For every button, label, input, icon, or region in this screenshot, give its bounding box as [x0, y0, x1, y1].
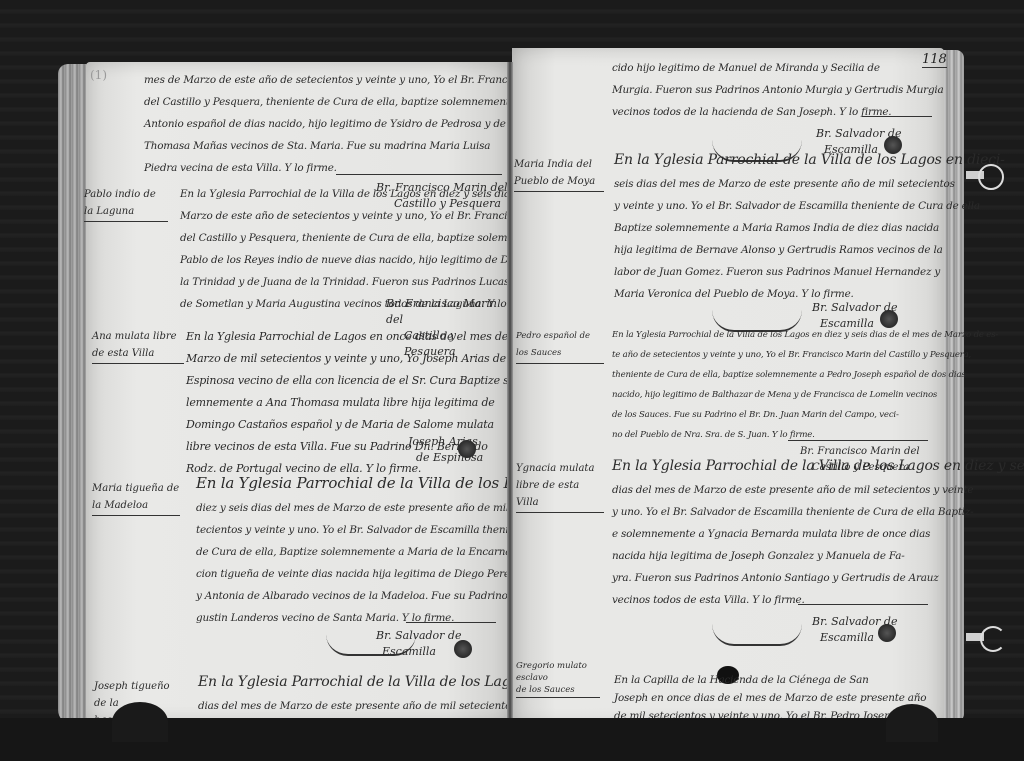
margin-note-maria-india: Maria India del Pueblo de Moya	[514, 156, 604, 192]
text-line: Espinosa vecino de ella con licencia de …	[186, 374, 519, 387]
signature: Br. Francisco Marin del Castillo y Pesqu…	[386, 296, 510, 360]
text-line: de Cura de ella, Baptize solemnemente a …	[196, 546, 515, 558]
text-line: yra. Fueron sus Padrinos Antonio Santiag…	[612, 572, 939, 584]
margin-line: Ygnacia mulata	[516, 460, 604, 477]
text-line: y Antonia de Albarado vecinos de la Made…	[196, 590, 528, 602]
rubric-seal-icon	[880, 310, 898, 328]
text-line: dias del mes de Marzo de este presente a…	[198, 700, 543, 712]
text-line: lemnemente a Ana Thomasa mulata libre hi…	[186, 396, 495, 409]
text-line: vecinos todos de la hacienda de San Jose…	[612, 106, 891, 118]
text-line: vecinos todos de esta Villa. Y lo firme.	[612, 594, 805, 606]
text-line: Murgia. Fueron sus Padrinos Antonio Murg…	[612, 84, 944, 96]
text-line: Thomasa Mañas vecinos de Sta. Maria. Fue…	[144, 140, 490, 152]
right-page: 118 cido hijo legitimo de Manuel de Mira…	[512, 48, 944, 726]
signature-line: Br. Francisco Marin del	[386, 296, 510, 328]
signature-line: Escamilla	[376, 644, 461, 660]
text-line: Piedra vecina de esta Villa. Y lo firme.	[144, 162, 337, 174]
thumb-shadow	[112, 702, 168, 742]
text-line: En la Capilla de la Hacienda de la Ciéne…	[614, 674, 869, 686]
margin-line: Pablo indio de la Laguna	[84, 186, 168, 220]
text-line: del Castillo y Pesquera, theniente de Cu…	[180, 232, 561, 244]
text-line: Domingo Castaños español y de Maria de S…	[186, 418, 494, 431]
text-line: En la Yglesia Parrochial de la Villa de …	[614, 152, 1005, 168]
open-register-book: (1) mes de Marzo de este año de setecien…	[0, 0, 1024, 761]
book-gutter	[507, 62, 513, 726]
thumb-shadow	[886, 704, 938, 742]
text-line: y uno. Yo el Br. Salvador de Escamilla t…	[612, 506, 974, 518]
folio-number: 118	[922, 52, 947, 68]
right-page-edges	[942, 50, 964, 722]
margin-line: Maria India del	[514, 156, 604, 173]
text-line: de los Sauces. Fue su Padrino el Br. Dn.…	[612, 410, 899, 420]
text-line: diez y seis dias del mes de Marzo de est…	[196, 502, 526, 514]
text-line: Marzo de este año de setecientos y veint…	[180, 210, 558, 222]
text-line: cion tigueña de veinte dias nacida hija …	[196, 568, 515, 580]
text-line: la Trinidad y de Juana de la Trinidad. F…	[180, 276, 509, 288]
text-line: En la Yglesia Parrochial de la Villa de …	[612, 330, 998, 340]
text-line: seis dias del mes de Marzo de este prese…	[614, 178, 955, 190]
text-line: Baptize solemnemente a Maria Ramos India…	[614, 222, 939, 234]
text-line: mes de Marzo de este año de setecientos …	[144, 74, 561, 86]
left-folio-number: (1)	[90, 68, 107, 82]
text-line: e solemnemente a Ygnacia Bernarda mulata…	[612, 528, 930, 540]
text-line: hija legitima de Bernave Alonso y Gertru…	[614, 244, 943, 256]
closing-rule	[406, 622, 496, 623]
text-line: En la Yglesia Parrochial de la Villa de …	[612, 458, 1024, 474]
left-page: (1) mes de Marzo de este año de setecien…	[86, 62, 510, 722]
margin-note-pedro: Pedro español de los Sauces	[516, 328, 604, 364]
text-line: labor de Juan Gomez. Fueron sus Padrinos…	[614, 266, 940, 278]
text-line: dias del mes de Marzo de este presente a…	[612, 484, 973, 496]
text-line: Joseph en once dias de el mes de Marzo d…	[614, 692, 926, 704]
binder-clip-icon	[980, 626, 1006, 652]
margin-line: Maria tigueña de	[92, 480, 180, 497]
text-line: Marzo de mil setecientos y veinte y uno,…	[186, 352, 506, 365]
margin-line: de esta Villa	[92, 345, 184, 362]
margin-line: Pueblo de Moya	[514, 173, 604, 190]
rubric-flourish-icon	[458, 440, 476, 458]
rubric-seal-icon	[878, 624, 896, 642]
margin-line: de los Sauces	[516, 684, 600, 696]
closing-rule	[862, 116, 932, 117]
rubric-flourish-icon	[712, 310, 802, 332]
rubric-flourish-icon	[712, 624, 802, 646]
margin-line: la Madeloa	[92, 497, 180, 514]
text-line: theniente de Cura de ella, baptize solem…	[612, 370, 966, 380]
text-line: En la Yglesia Parrochial de Lagos en onc…	[186, 330, 508, 343]
signature-line: Br. Salvador de	[376, 628, 461, 644]
margin-line: Pedro español de los Sauces	[516, 328, 604, 362]
text-line: nacida hija legitima de Joseph Gonzalez …	[612, 550, 905, 562]
margin-line: libre de esta Villa	[516, 477, 604, 511]
text-line: del Castillo y Pesquera, theniente de Cu…	[144, 96, 562, 108]
text-line: no del Pueblo de Nra. Sra. de S. Juan. Y…	[612, 430, 815, 440]
closing-rule	[798, 604, 928, 605]
margin-note-ygnacia: Ygnacia mulata libre de esta Villa	[516, 460, 604, 513]
text-line: Maria Veronica del Pueblo de Moya. Y lo …	[614, 288, 854, 300]
text-line: Antonio español de dias nacido, hijo leg…	[144, 118, 506, 130]
text-line: y veinte y uno. Yo el Br. Salvador de Es…	[614, 200, 980, 212]
signature: Br. Salvador de Escamilla	[376, 628, 461, 660]
margin-note-ana: Ana mulata libre de esta Villa	[92, 328, 184, 364]
text-line: Pablo de los Reyes indio de nueve dias n…	[180, 254, 562, 266]
rubric-seal-icon	[454, 640, 472, 658]
text-line: cido hijo legitimo de Manuel de Miranda …	[612, 62, 880, 74]
text-line: nacido, hijo legitimo de Balthazar de Me…	[612, 390, 937, 400]
closing-rule	[336, 174, 502, 175]
margin-line: Ana mulata libre	[92, 328, 184, 345]
binder-clip-icon	[978, 164, 1004, 190]
margin-note-gregorio: Gregorio mulato esclavo de los Sauces	[516, 660, 600, 698]
margin-line: Gregorio mulato esclavo	[516, 660, 600, 684]
margin-note-pablo: Pablo indio de la Laguna	[84, 186, 168, 222]
text-line: tecientos y veinte y uno. Yo el Br. Salv…	[196, 524, 531, 536]
text-line: te año de setecientos y veinte y uno, Yo…	[612, 350, 971, 360]
closing-rule	[788, 440, 928, 441]
margin-note-maria: Maria tigueña de la Madeloa	[92, 480, 180, 516]
